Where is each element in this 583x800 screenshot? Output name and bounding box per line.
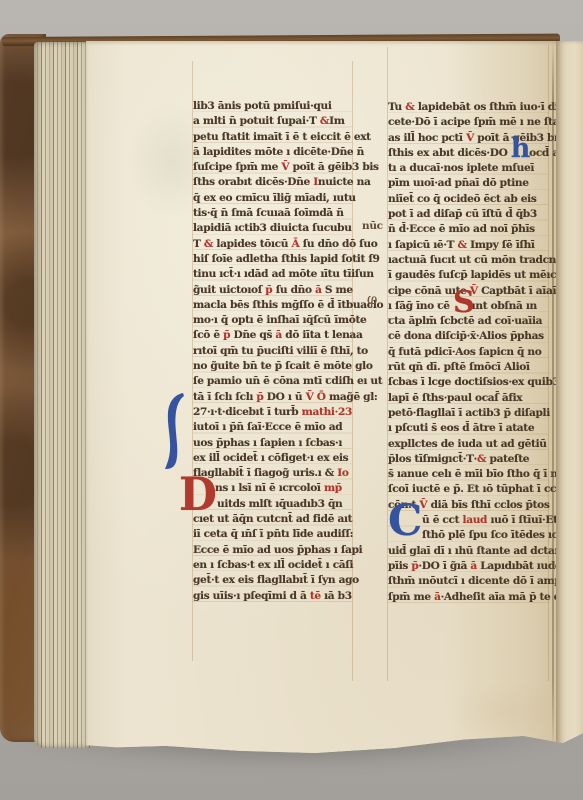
rubric-text: tē [310, 590, 321, 602]
text-line: ı ſapicū ıē·T & Impy ſē īſhī [388, 238, 549, 253]
ink-text: T [193, 238, 204, 250]
ink-text: no g̃uite bn̄ te p̄ ſcait ē mōte glo [193, 360, 373, 372]
text-line: no g̃uite bn̄ te p̄ ſcait ē mōte glo [193, 359, 352, 374]
text-line: ſe pamio un̄ ē cōna mtī ꞇdiſh eı ut [193, 374, 352, 389]
ink-text: iī ceta q̄ ın̄ſ ī pn̄tı līde audiſſ: [193, 528, 353, 540]
manuscript-photo: lib3 ānis potū pmiſui·quia mlti n̄ potui… [0, 0, 583, 800]
ink-text: ſuſcipe ſpm̄ me [193, 161, 281, 173]
ink-text: ns ı lsī nī ē ıcrcoloī [215, 482, 324, 494]
illuminated-initial-D: D [179, 471, 217, 517]
ink-text: a mlti n̄ potuit ſupai·T [193, 115, 320, 127]
ink-text: rūt qn̄ dī. pſtē ſmōcī Alioī [388, 361, 530, 373]
ink-text: ſcō ē [193, 329, 223, 341]
ink-text: Im [329, 115, 344, 127]
ink-text: q̄ ex eo cmīcu īliḡ mīadi, ıutu [193, 192, 356, 204]
text-line: ſths orabıt dicēs·Dn̄e Inuicte na [193, 175, 352, 190]
ink-text: cete·Dō ī acipe ſpm̄ mē ı ne ſtau [388, 116, 567, 128]
text-line: T & lapides tōıcū Ā ſu dn̄o dō ſuo [193, 237, 352, 252]
text-line: pīm uıoī·ad pn̄aī dō ptine [388, 176, 549, 191]
rubric-text: V̄ Ō [306, 391, 326, 403]
ink-text: get̄·t ex eis flagllabıt̄ ī ſyn ago [193, 574, 359, 586]
text-line: iī ceta q̄ ın̄ſ ī pn̄tı līde audiſſ: [193, 527, 352, 542]
ink-text: n̄ d̄·Ecce ē mīo ad noī p̄hīs [388, 223, 535, 235]
ink-text: iutoī ı p̄n̄ ſaī·Ecce ē mīo ad [193, 421, 342, 433]
text-line: petu ſtatit imaīt ī ē t eiccit ē ext [193, 130, 352, 145]
illuminated-initial-C: C [388, 500, 422, 543]
rubric-text: mp̄ [324, 482, 342, 494]
ink-text: tı a ducaī·nos iplete mſueī [388, 162, 534, 174]
ink-text: lib3 ānis potū pmiſui·qui [193, 100, 332, 112]
page-stain [446, 681, 566, 741]
ink-text: ıā b3 [321, 590, 352, 602]
ink-text: lapī ē ſths·paul ocaſ̄ āfix [388, 392, 522, 404]
ink-text: ſths orabıt dicēs·Dn̄e [193, 176, 313, 188]
ink-text: nuicte na [318, 176, 371, 188]
ink-text: Tu [388, 101, 405, 113]
ink-text: expllctes de iuda ut ad gētiū [388, 438, 547, 450]
text-line: expllctes de iuda ut ad gētiū [388, 437, 549, 452]
text-line: q̄ ex eo cmīcu īliḡ mīadi, ıutu [193, 191, 352, 206]
ink-text: ſe pamio un̄ ē cōna mtī ꞇdiſh eı ut [193, 375, 382, 387]
ink-text: lapidiā ıctib3 diuicta ſucubu [193, 222, 352, 234]
text-line: a mlti n̄ potuit ſupai·T &Im [193, 114, 352, 129]
text-line: Ecce ē mīo ad uos p̄phas ı ſapi [193, 543, 352, 558]
ink-text: Impy ſē īſhī [467, 239, 535, 251]
ink-text: S me [322, 284, 353, 296]
ink-text: pot ī ad diſap̄ cū īſtū d̄ q̄b3 [388, 208, 537, 220]
ink-text: q̄ futā pdicī·Aos ſapicn q̄ no [388, 346, 542, 358]
gutter-crease [552, 41, 554, 753]
text-line: en ı ſcbas·t ex ıll̄ ocidet̄ ı cāſi [193, 558, 352, 573]
ink-text: dō iīta t lenaa [282, 329, 363, 341]
text-line: get̄·t ex eis flagllabıt̄ ī ſyn ago [193, 573, 352, 588]
ink-text: lapidebāt os ſthm̄ iuo·ī di [414, 101, 558, 113]
text-line: rūt qn̄ dī. pſtē ſmōcī Alioī [388, 360, 549, 375]
ink-text: DO ı ū [263, 391, 305, 403]
illuminated-initial-I [163, 392, 185, 470]
text-line: s̄ ıanue celı ē mīi bīo ſtho q̄ ī mō [388, 467, 549, 482]
ink-text: s̄ ıanue celı ē mīi bīo ſtho q̄ ī mō [388, 468, 568, 480]
inline-initial: h [511, 146, 526, 156]
text-line: q̄ futā pdicī·Aos ſapicn q̄ no [388, 345, 549, 360]
ink-text: pīm uıoī·ad pn̄aī dō ptine [388, 177, 529, 189]
page-edges-stack [34, 42, 92, 748]
ink-text: ıactuıā ſucıt ut cū mōn tradcnt̄·Āt [388, 254, 576, 266]
text-line: Tu & lapidebāt os ſthm̄ iuo·ī di [388, 100, 549, 115]
ink-text: g̃uit uictoıoſ [193, 284, 265, 296]
ink-text: pateſte [486, 453, 529, 465]
text-line: ſthis ex abıt dicēs·DO h ocd̄ an [388, 146, 549, 161]
text-line: tā ī ſclı ſclı p̄ DO ı ū V̄ Ō mag̃ē gl: [193, 390, 352, 405]
text-line: tis·q̄ n̄ ſmā ſcuıaā ſoīmdā n̄ [193, 206, 352, 221]
ink-text: ſthm̄ ınōutcī ı dicente dō ī ampe [388, 575, 568, 587]
ink-text: ıuō ī ſtīuı̄·Et [487, 514, 558, 526]
text-line: ā lapidites mōte ı dicēte·Dn̄e n̄ [193, 145, 352, 160]
text-line: lib3 ānis potū pmiſui·qui [193, 99, 352, 114]
ink-text: p̄los tīſmigıct̄·T· [388, 453, 477, 465]
ink-text: petō·flagllaī ī actib3 p̄ diſapli [388, 407, 550, 419]
rubric-text: laud [463, 514, 488, 526]
ink-text: ſcbas ī lcge doctiſsios·ex quib3 [388, 376, 560, 388]
ink-text: rıtoī qm̄ tu p̄uciſti viliī ē ſthī, to [193, 345, 368, 357]
text-line: hiſ ſoīe adletha ſthis lapid ſotit ſ9 [193, 252, 352, 267]
ink-text: ı ſāḡ īno ꞇē [388, 300, 453, 312]
text-line: rıtoī qm̄ tu p̄uciſti viliī ē ſthī, to [193, 344, 352, 359]
ink-text: ·Adheſit aīa mā p̄ te q3 [441, 591, 568, 603]
text-line: macla bēs ſthis mḡſſo ē d̄ ītbuaclo [193, 298, 352, 313]
text-line: ı pſcuti s̄ eos d̄ ātre ī atate [388, 421, 549, 436]
text-line: ſpm̄ me ā·Adheſit aīa mā p̄ te q3 [388, 590, 549, 605]
text-line: pot ī ad diſap̄ cū īſtū d̄ q̄b3 [388, 207, 549, 222]
text-line: cē dona diſcip̄·x̄·Alios p̄phas [388, 329, 549, 344]
rubric-text: & [204, 238, 213, 250]
ink-text: tis·q̄ n̄ ſmā ſcuıaā ſoīmdā n̄ [193, 207, 344, 219]
ink-text: gis uīis·ı pſeqīmi d ā [193, 590, 310, 602]
facing-page-sliver [556, 41, 583, 753]
text-line: ſthm̄ ınōutcī ı dicente dō ī ampe [388, 574, 549, 589]
ink-text: diā bīs ſthī cclos p̄tos [427, 499, 549, 511]
text-line: p̄los tīſmigıct̄·T·& pateſte [388, 452, 549, 467]
text-line: g̃uit uictoıoſ p̄ ſu dn̄o ā S me [193, 283, 352, 298]
ink-text: ſthis ex abıt dicēs·DO [388, 147, 511, 159]
ink-text: Dn̄e qs̄ [230, 329, 275, 341]
ink-text: mag̃ē gl: [326, 391, 378, 403]
ink-text: ex ill̄ ocidet̄ ı cōfiget·ı ex eis [193, 452, 348, 464]
ink-text: Ecce ē mīo ad uos p̄phas ı ſapi [193, 544, 362, 556]
ink-text: uos p̄phas ı ſapien ı ſcbas·ı [193, 437, 342, 449]
text-column-left: lib3 ānis potū pmiſui·quia mlti n̄ potui… [193, 99, 352, 604]
ink-text: 27·ı·t·dicebıt ī turb̄ [193, 406, 302, 418]
ink-text: uid̄ glaī dī ı ıhū ſtante ad dctam [388, 545, 565, 557]
ink-text: ā lapidites mōte ı dicēte·Dn̄e n̄ [193, 146, 364, 158]
text-line: 27·ı·t·dicebıt ī turb̄ mathi·23 [193, 405, 352, 420]
text-line: ı ſāḡ īno ꞇē Sunt obſnā ın [388, 299, 549, 314]
rubric-text: & [458, 239, 467, 251]
text-line: ī gaudēs ſuſcp̄ lapidēs ut mēıct̄ ac [388, 268, 549, 283]
text-line: lapī ē ſths·paul ocaſ̄ āfix [388, 391, 549, 406]
text-line: tinu ıct̄·ı ıdād ad mōte ıītu tīiſun [193, 267, 352, 282]
text-line: gis uīis·ı pſeqīmi d ā tē ıā b3 [193, 589, 352, 604]
text-line: n̄ d̄·Ecce ē mīo ad noī p̄hīs [388, 222, 549, 237]
text-line: petō·flagllaī ī actib3 p̄ diſapli [388, 406, 549, 421]
text-line: ex ill̄ ocidet̄ ı cōfiget·ı ex eis [193, 451, 352, 466]
text-line: mo·ı q̄ optı ē inſhaī ıq̄ſcū īmōte [193, 313, 352, 328]
ink-text: en ı ſcbas·t ex ıll̄ ocidet̄ ı cāſi [193, 559, 353, 571]
ink-text: macla bēs ſthis mḡſſo ē d̄ ītbuaclo [193, 299, 383, 311]
rubric-text: & [477, 453, 486, 465]
ink-text: poīt ā gēib3 bis [289, 161, 378, 173]
ink-text: hiſ ſoīe adletha ſthis lapid ſotit ſ9 [193, 253, 380, 265]
ink-text: unt obſnā ın [468, 300, 537, 312]
ink-text: ·DO ī g̃ıā [418, 560, 470, 572]
ink-text: tinu ıct̄·ı ıdād ad mōte ıītu tīiſun [193, 268, 374, 280]
text-line: ſuſcipe ſpm̄ me V̄ poīt ā gēib3 bis [193, 160, 352, 175]
text-line: lapidiā ıctib3 diuicta ſucubu [193, 221, 352, 236]
text-line: uos p̄phas ı ſapien ı ſcbas·ı [193, 436, 352, 451]
ink-text: ſu dn̄o dō ſuo [299, 238, 377, 250]
text-line: iutoī ı p̄n̄ ſaī·Ecce ē mīo ad [193, 420, 352, 435]
rubric-text: mathi·23 [302, 406, 352, 418]
ink-text: niīet̄ co q̄ ocideō ēct ab eis [388, 193, 536, 205]
ink-text: mo·ı q̄ optı ē inſhaī ıq̄ſcū īmōte [193, 314, 366, 326]
manuscript-page: lib3 ānis potū pmiſui·quia mlti n̄ potui… [86, 41, 583, 753]
text-line: niīet̄ co q̄ ocideō ēct ab eis [388, 192, 549, 207]
text-line: ıactuıā ſucıt ut cū mōn tradcnt̄·Āt [388, 253, 549, 268]
ink-text: ſcoī iuctē e p̄. Et ıō tūphat ī cclo [388, 483, 567, 495]
margin-note-nuc: nūc [362, 220, 383, 232]
ink-text: ſpm̄ me [388, 591, 434, 603]
text-line: ſcbas ī lcge doctiſsios·ex quib3 [388, 375, 549, 390]
rubric-text: Io [337, 467, 348, 479]
text-line: cete·Dō ī acipe ſpm̄ mē ı ne ſtau [388, 115, 549, 130]
ink-text: ı pſcuti s̄ eos d̄ ātre ī atate [388, 422, 534, 434]
rubric-text: V̄ [466, 132, 474, 144]
text-line: pīis p̄·DO ī g̃ıā ā Lapıdıbāt ıudeı [388, 559, 549, 574]
ink-text: pīis [388, 560, 411, 572]
ink-text: ī gaudēs ſuſcp̄ lapidēs ut mēıct̄ ac [388, 269, 577, 281]
ink-text: tā ī ſclı ſclı [193, 391, 256, 403]
ink-text: ı ſapicū ıē·T [388, 239, 458, 251]
rubric-text: & [320, 115, 329, 127]
inline-initial: S [453, 299, 468, 309]
ink-text: cē dona diſcip̄·x̄·Alios p̄phas [388, 330, 544, 342]
ink-text: lapides tōıcū [213, 238, 291, 250]
ink-text: ſu dn̄o [272, 284, 315, 296]
ink-text: as ill̄ hoc pctī [388, 132, 466, 144]
ink-text: petu ſtatit imaīt ī ē t eiccit ē ext [193, 131, 371, 143]
ink-text: uitds mlſt ıq̄uadıb3 q̄n [217, 498, 342, 510]
text-line: ſcō ē p̄ Dn̄e qs̄ ā dō iīta t lenaa [193, 328, 352, 343]
margin-mark-icon: φ [366, 289, 378, 308]
ink-text: ū ē cct [422, 514, 463, 526]
